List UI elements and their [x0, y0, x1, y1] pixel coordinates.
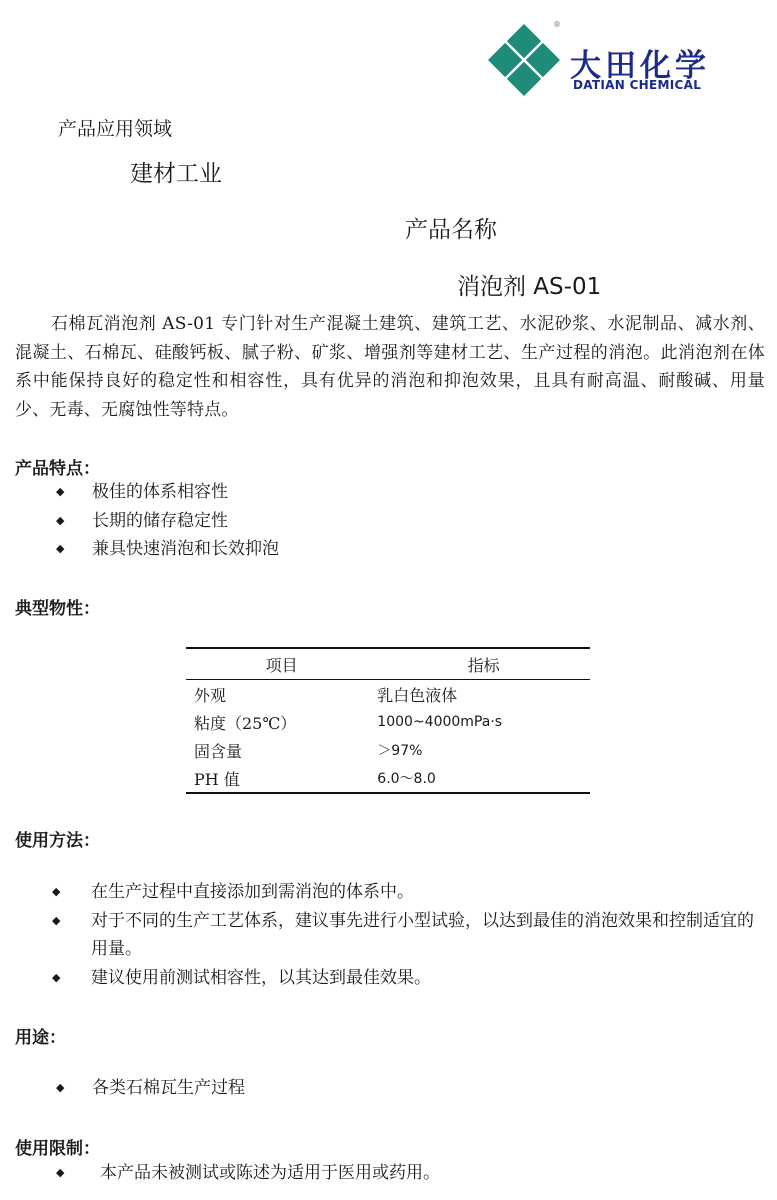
list-item: ◆在生产过程中直接添加到需消泡的体系中。	[52, 878, 767, 907]
table-row: 外观 乳白色液体	[186, 680, 590, 709]
features-title: 产品特点：	[15, 454, 100, 479]
list-item: ◆建议使用前测试相容性，以其达到最佳效果。	[52, 964, 767, 993]
application-list: ◆各类石棉瓦生产过程	[56, 1074, 656, 1103]
product-description: 石棉瓦消泡剂 AS-01 专门针对生产混凝土建筑、建筑工艺、水泥砂浆、水泥制品、…	[15, 310, 765, 424]
bullet-diamond-icon: ◆	[52, 878, 60, 907]
table-header-row: 项目 指标	[186, 648, 590, 680]
application-field-label: 产品应用领域	[58, 114, 172, 141]
properties-title: 典型物性：	[15, 594, 100, 619]
limitation-title: 使用限制：	[15, 1134, 100, 1159]
bullet-diamond-icon: ◆	[56, 1159, 64, 1188]
logo-english-name: DATIAN CHEMICAL	[573, 78, 701, 92]
list-item: ◆本产品未被测试或陈述为适用于医用或药用。	[56, 1159, 756, 1188]
limitation-list: ◆本产品未被测试或陈述为适用于医用或药用。	[56, 1159, 756, 1188]
product-name-value: 消泡剂 AS-01	[457, 268, 601, 301]
column-header-spec: 指标	[369, 648, 590, 680]
list-item: ◆极佳的体系相容性	[56, 478, 656, 507]
bullet-diamond-icon: ◆	[52, 964, 60, 993]
table-row: 粘度（25℃） 1000~4000mPa·s	[186, 708, 590, 736]
list-item: ◆对于不同的生产工艺体系，建议事先进行小型试验，以达到最佳的消泡效果和控制适宜的…	[52, 907, 767, 964]
company-logo: ® 大田化学 DATIAN CHEMICAL	[488, 18, 748, 98]
table-row: 固含量 ＞97%	[186, 736, 590, 764]
list-item: ◆兼具快速消泡和长效抑泡	[56, 535, 656, 564]
table-row: PH 值 6.0～8.0	[186, 764, 590, 793]
bullet-diamond-icon: ◆	[56, 535, 64, 564]
bullet-diamond-icon: ◆	[52, 907, 60, 936]
list-item: ◆各类石棉瓦生产过程	[56, 1074, 656, 1103]
usage-title: 使用方法：	[15, 826, 100, 851]
product-name-label: 产品名称	[405, 211, 497, 244]
bullet-diamond-icon: ◆	[56, 478, 64, 507]
list-item: ◆长期的储存稳定性	[56, 507, 656, 536]
bullet-diamond-icon: ◆	[56, 507, 64, 536]
diamond-logo-icon	[488, 24, 560, 96]
application-field-value: 建材工业	[130, 155, 222, 188]
registered-mark: ®	[553, 20, 561, 29]
properties-table: 项目 指标 外观 乳白色液体 粘度（25℃） 1000~4000mPa·s 固含…	[186, 647, 590, 794]
features-list: ◆极佳的体系相容性 ◆长期的储存稳定性 ◆兼具快速消泡和长效抑泡	[56, 478, 656, 564]
application-title: 用途：	[15, 1023, 66, 1048]
usage-list: ◆在生产过程中直接添加到需消泡的体系中。 ◆对于不同的生产工艺体系，建议事先进行…	[52, 878, 767, 992]
column-header-item: 项目	[186, 648, 369, 680]
bullet-diamond-icon: ◆	[56, 1074, 64, 1103]
